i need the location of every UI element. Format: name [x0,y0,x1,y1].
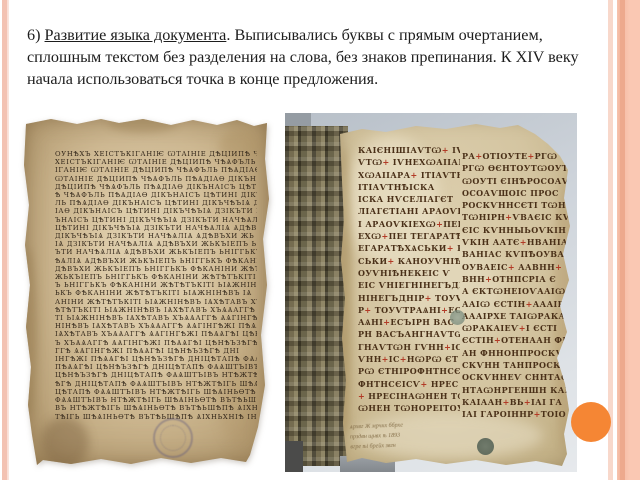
book-cradle-bottom [285,441,303,472]
stain [19,247,37,417]
slide-paragraph: 6) Развитие языка документа. Выписывалис… [27,24,579,90]
ink-stamp-icon [450,310,465,325]
parchment-page: ОУНѢХЪ ХЕІСТЪКІГАНІѤ ѠТАІНІЕ ДѢЦІИПѢ ЧѢѦ… [23,117,269,465]
ink-stamp-icon [477,438,494,455]
left-manuscript-photo: ОУНѢХЪ ХЕІСТЪКІГАНІѤ ѠТАІНІЕ ДѢЦІИПѢ ЧѢѦ… [23,117,269,465]
text-column-right: РА+ОТІОУТЕ+РГѠ ѲЄРГѠ ѲЄНТОУТѠОУТІ ѠОУТІ … [462,150,574,421]
stain [108,113,178,133]
right-manuscript-photo: КАІЄНІШІАѴТѠ+ ІѴНѴТѠ+ ІѴНЕХѠАІІАРАХѠАІІА… [285,113,577,472]
right-border-stripe [608,0,640,480]
manuscript-text-block: ОУНѢХЪ ХЕІСТЪКІГАНІѤ ѠТАІНІЕ ДѢЦІИПѢ ЧѢѦ… [55,150,257,421]
stain [41,417,89,469]
presentation-slide: 6) Развитие языка документа. Выписывалис… [0,0,640,480]
paragraph-underlined-phrase: Развитие языка документа [45,26,227,44]
codex-page: КАІЄНІШІАѴТѠ+ ІѴНѴТѠ+ ІѴНЕХѠАІІАРАХѠАІІА… [338,118,577,470]
left-border-stripe [0,0,10,480]
accent-circle [571,402,611,442]
codex-spine [285,126,348,466]
text-column-left: КАІЄНІШІАѴТѠ+ ІѴНѴТѠ+ ІѴНЕХѠАІІАРАХѠАІІА… [358,144,460,415]
paragraph-number: 6) [27,26,45,44]
marginal-notes: ѧрхвг Ж мрчнх ббрхе прздвн щнвх ѣ 1893 в… [350,418,491,453]
library-stamp-icon [153,418,193,458]
